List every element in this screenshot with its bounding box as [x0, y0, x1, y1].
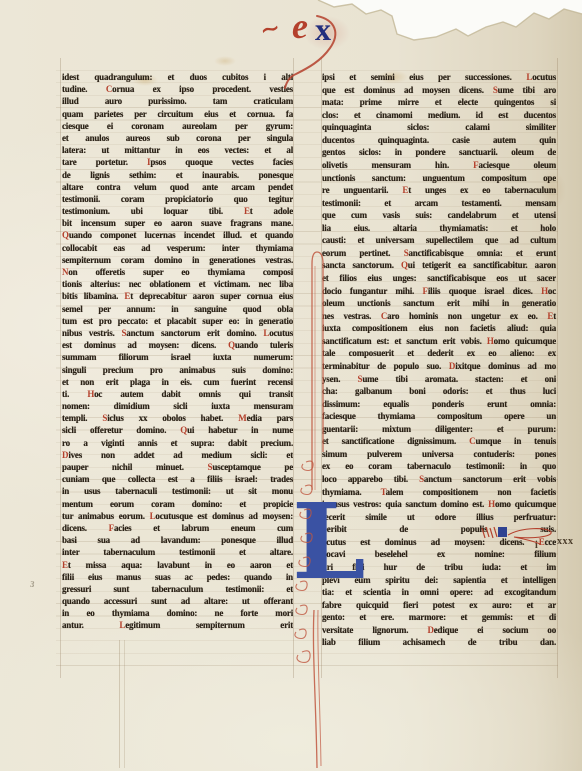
text-line: pauper nichil minuet. Susceptamque pe — [62, 461, 293, 473]
drop-cap-initial: L — [292, 487, 324, 609]
text-column-left: idest quadrangulum: et duos cubitos i al… — [62, 71, 293, 632]
text-line: gressuri sunt tabernaculum testimonii: e… — [62, 583, 293, 595]
text-line: causti: et universam supellectilem que a… — [322, 234, 556, 246]
text-line: nes vestras. Caro hominis non ungetur ex… — [322, 310, 556, 322]
text-line: latera: ut mittantur in eos vectes: et a… — [62, 144, 293, 156]
text-line: cuniam que collecta est a filiis israel:… — [62, 473, 293, 485]
text-line: et non erit plaga in eis. cum fuerint re… — [62, 376, 293, 388]
text-line: tale composuerit et dederit ex eo alieno… — [322, 347, 556, 359]
text-line: Dives non addet ad medium sicli: et — [62, 449, 293, 461]
ruling-vertical-lower-margin — [119, 640, 125, 768]
text-line: ducentos quinquaginta. casie autem quin — [322, 134, 556, 146]
text-line: gentos siclos: in pondere sanctuarii. ol… — [322, 146, 556, 158]
text-line: testimonii: et arcam testamenti. mensam — [322, 197, 556, 209]
text-line: iuxta compositionem eius non facietis al… — [322, 322, 556, 334]
header-tilde-mark: ∼ — [257, 12, 283, 46]
text-line: terminabitur de populo suo. Dixitque dom… — [322, 360, 556, 372]
text-line: tudine. Cornua ex ipso procedent. vestie… — [62, 83, 293, 95]
text-line: sicli offeretur domino. Qui habetur in n… — [62, 424, 293, 436]
text-line: olivetis mensuram hin. Faciesque oleum — [322, 159, 556, 171]
text-line: dissimum: equalis ponderis erunt omnia: — [322, 398, 556, 410]
text-line: testimonii. coram propiciatorio quo tegi… — [62, 193, 293, 205]
text-line: cha: galbanum boni odoris: et thus luci — [322, 385, 556, 397]
running-header: ∼ e x — [252, 6, 392, 66]
text-line: et filios eius unges: sanctificabisque e… — [322, 272, 556, 284]
text-line: collocabit eas ad vesperum: inter thymia… — [62, 242, 293, 254]
text-line: tur animabus eorum. Locutusque est domin… — [62, 510, 293, 522]
text-line: mata: prime mirre et electe quingentos s… — [322, 96, 556, 108]
text-line: in eo thymiama domino: ne forte mori — [62, 607, 293, 619]
text-line: templi. Siclus xx obolos habet. Media pa… — [62, 412, 293, 424]
text-line: oleum unctionis sanctum erit mihi in gen… — [322, 297, 556, 309]
text-line: illud auro purissimo. tam craticulam — [62, 95, 293, 107]
text-line: est dominus ad moysen: dicens. Quando tu… — [62, 339, 293, 351]
text-line: dicens. Facies et labrum eneum cum — [62, 522, 293, 534]
text-line: guentarii: mixtum diligenter: et purum: — [322, 423, 556, 435]
text-line: sanctificatum est: et sanctum erit vobis… — [322, 335, 556, 347]
text-line: simum pulverem universa contuderis: pone… — [322, 448, 556, 460]
text-line: nibus vestris. Sanctum sanctorum erit do… — [62, 327, 293, 339]
header-letter-e: e — [292, 8, 308, 44]
manuscript-photo: ∼ e x idest quadrangulum: et duos cubito… — [0, 0, 582, 771]
text-line: ex eo coram tabernaculo testimonii: in q… — [322, 460, 556, 472]
text-line: bit incensum super eo aaron suave fragra… — [62, 217, 293, 229]
text-line: semel per annum: in sanguine quod obla — [62, 303, 293, 315]
text-line: unctionis sanctum: unguentum compositum … — [322, 172, 556, 184]
text-line: tionis alterius: nec oblationem et victi… — [62, 278, 293, 290]
text-line: ipsi et semini eius per successiones. Lo… — [322, 71, 556, 83]
text-line: Non offeretis super eo thymiama composi — [62, 266, 293, 278]
text-line: tare portetur. Ipsos quoque vectes facie… — [62, 156, 293, 168]
text-line: que cum vasis suis: candelabrum et utens… — [322, 209, 556, 221]
text-line: sancta sanctorum. Qui tetigerit ea sanct… — [322, 259, 556, 271]
text-line: quinquaginta siclos: calami similiter — [322, 121, 556, 133]
text-line: summam filiorum israel iuxta numerum: — [62, 351, 293, 363]
text-line: altare contra velum quod ante arcam pend… — [62, 181, 293, 193]
chapter-numeral-i: i — [535, 540, 538, 551]
text-line: de lignis sethim: et inaurabis. ponesque — [62, 169, 293, 181]
text-line: quam parietes per circuitum eius et corn… — [62, 108, 293, 120]
text-line: versitate lignorum. Dedique ei socium oo — [322, 624, 556, 636]
chapter-numeral: xxx — [557, 536, 574, 547]
text-line: gento: et ere. marmore: et gemmis: et di — [322, 611, 556, 623]
text-line: basi sua ad lavandum: ponesque illud — [62, 534, 293, 546]
text-line: ti. Hoc autem dabit omnis qui transit — [62, 388, 293, 400]
text-line: ciesque ei coronam aureolam per gyrum: — [62, 120, 293, 132]
text-line: re unguentarii. Et unges ex eo tabernacu… — [322, 184, 556, 196]
text-line: Quando componet lucernas incendet illud.… — [62, 229, 293, 241]
header-letter-x: x — [315, 13, 331, 45]
text-line: sempiternum coram domino in generationes… — [62, 254, 293, 266]
text-line: liab filium achisamech de tribu dan. — [322, 636, 556, 648]
text-line: testimonium. ubi loquar tibi. Et adole — [62, 205, 293, 217]
text-line: lia eius. altaria thymiamatis: et holo — [322, 222, 556, 234]
text-line: et sanctificatione dignissimum. Cumque i… — [322, 435, 556, 447]
text-line: docio fungantur mihi. Filiis quoque isra… — [322, 285, 556, 297]
text-line: idest quadrangulum: et duos cubitos i al… — [62, 71, 293, 83]
text-line: clos: et cinamomi medium. id est ducento… — [322, 109, 556, 121]
text-line: ro a viginti annis et supra: dabit preci… — [62, 437, 293, 449]
ruling-vertical-right — [557, 58, 558, 678]
text-line: et anulos aureos sub corona per singula — [62, 132, 293, 144]
text-line: inter tabernaculum testimonii et altare. — [62, 546, 293, 558]
text-line: tum est pro peccato: et placabit super e… — [62, 315, 293, 327]
ruling-vertical-left — [60, 58, 61, 678]
text-line: faciesque thymiama compositum opere un — [322, 410, 556, 422]
text-line: nomen: dimidium sicli iuxta mensuram — [62, 400, 293, 412]
text-line: quando accessuri sunt ad altare: ut offe… — [62, 595, 293, 607]
text-line: singuli precium pro animabus suis domino… — [62, 364, 293, 376]
text-line: Et missa aqua: lavabunt in eo aaron et — [62, 559, 293, 571]
text-line: mentum eorum coram domino: et propicie — [62, 498, 293, 510]
text-line: ysen. Sume tibi aromata. stacten: et oni — [322, 373, 556, 385]
text-line: eorum pertinet. Sanctificabisque omnia: … — [322, 247, 556, 259]
text-line: que est dominus ad moysen dicens. Sume t… — [322, 84, 556, 96]
text-line: antur. Legitimum sempiternum erit — [62, 619, 293, 631]
text-line: filii eius manus suas ac pedes: quando i… — [62, 571, 293, 583]
margin-scribble: 3 — [29, 579, 35, 590]
text-line: bitis libamina. Et deprecabitur aaron su… — [62, 290, 293, 302]
text-line: in usus tabernaculi testimonii: ut sit m… — [62, 485, 293, 497]
